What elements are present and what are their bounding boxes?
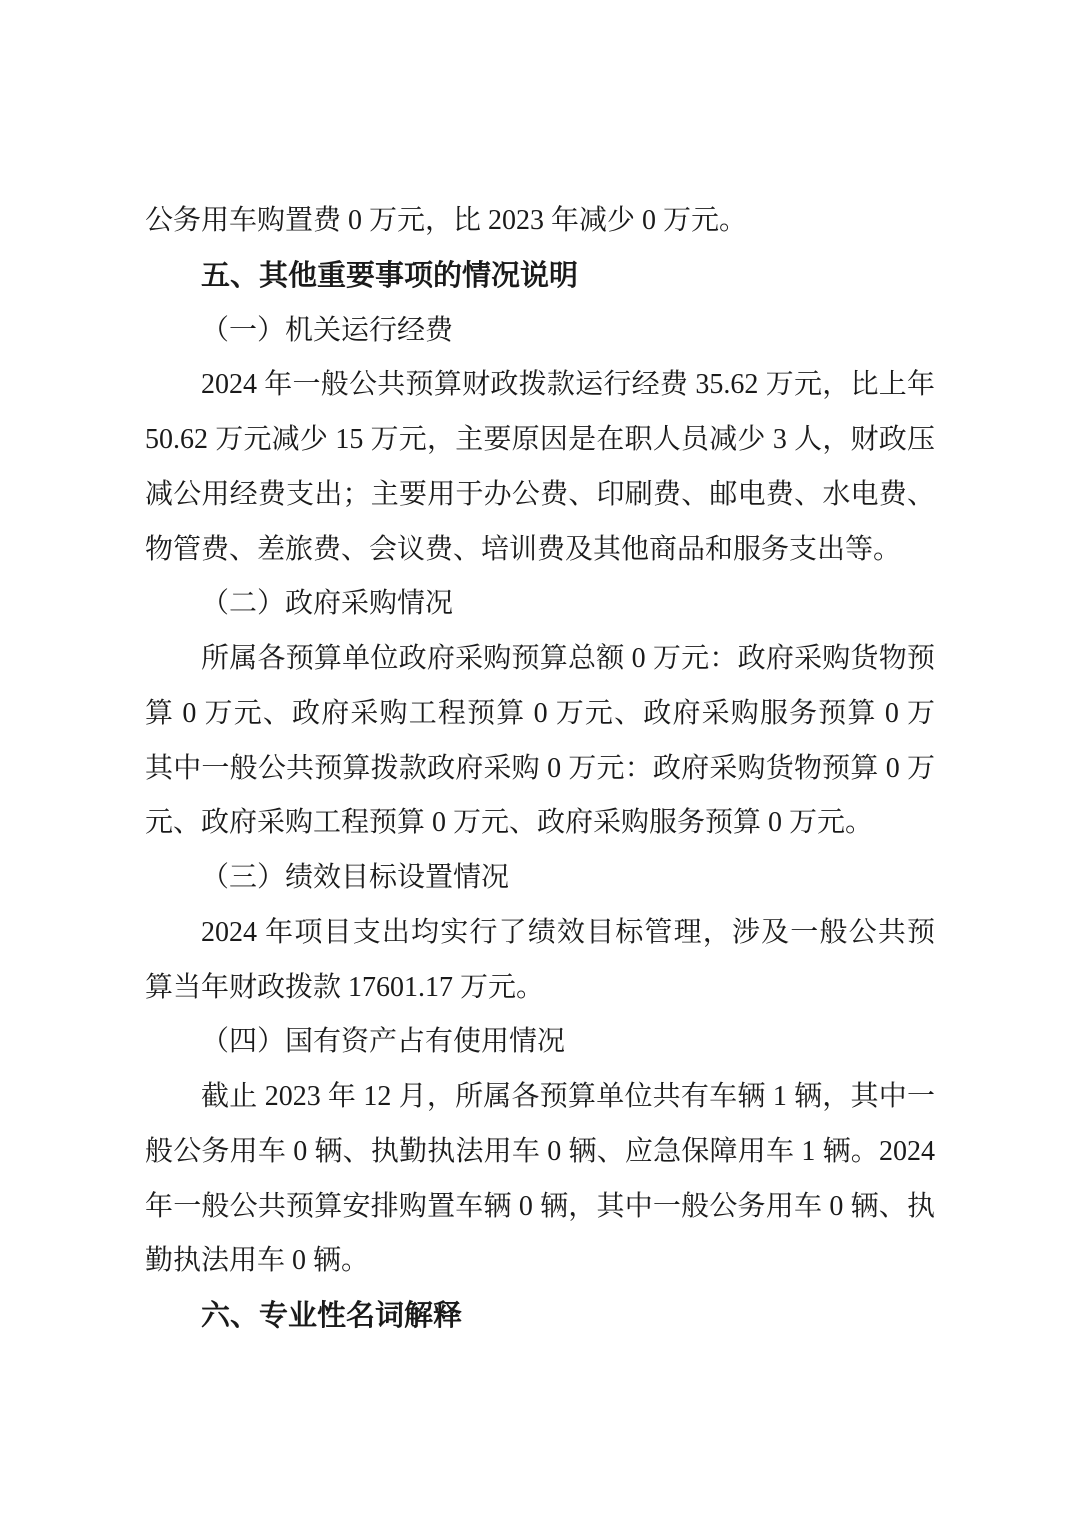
- body-line: 元、政府采购工程预算 0 万元、政府采购服务预算 0 万元。: [145, 796, 935, 851]
- body-line: 公务用车购置费 0 万元，比 2023 年减少 0 万元。: [145, 194, 935, 249]
- body-line: 减公用经费支出；主要用于办公费、印刷费、邮电费、水电费、: [145, 468, 935, 523]
- body-line: 50.62 万元减少 15 万元，主要原因是在职人员减少 3 人，财政压: [145, 413, 935, 468]
- subsection-heading-4: （四）国有资产占有使用情况: [145, 1015, 935, 1070]
- body-line: 算当年财政拨款 17601.17 万元。: [145, 961, 935, 1016]
- document-page: 公务用车购置费 0 万元，比 2023 年减少 0 万元。 五、其他重要事项的情…: [0, 0, 1074, 1520]
- body-line: 年一般公共预算安排购置车辆 0 辆，其中一般公务用车 0 辆、执: [145, 1180, 935, 1235]
- subsection-heading-2: （二）政府采购情况: [145, 577, 935, 632]
- body-line: 其中一般公共预算拨款政府采购 0 万元：政府采购货物预算 0 万: [145, 742, 935, 797]
- document-text-block: 公务用车购置费 0 万元，比 2023 年减少 0 万元。 五、其他重要事项的情…: [145, 194, 935, 1344]
- section-heading-6: 六、专业性名词解释: [145, 1289, 935, 1344]
- body-line: 物管费、差旅费、会议费、培训费及其他商品和服务支出等。: [145, 523, 935, 578]
- body-line: 2024 年一般公共预算财政拨款运行经费 35.62 万元，比上年: [145, 358, 935, 413]
- body-line: 2024 年项目支出均实行了绩效目标管理，涉及一般公共预: [145, 906, 935, 961]
- body-line: 截止 2023 年 12 月，所属各预算单位共有车辆 1 辆，其中一: [145, 1070, 935, 1125]
- subsection-heading-1: （一）机关运行经费: [145, 304, 935, 359]
- body-line: 算 0 万元、政府采购工程预算 0 万元、政府采购服务预算 0 万元；: [145, 687, 935, 742]
- body-line: 勤执法用车 0 辆。: [145, 1234, 935, 1289]
- subsection-heading-3: （三）绩效目标设置情况: [145, 851, 935, 906]
- body-line: 般公务用车 0 辆、执勤执法用车 0 辆、应急保障用车 1 辆。2024: [145, 1125, 935, 1180]
- section-heading-5: 五、其他重要事项的情况说明: [145, 249, 935, 304]
- body-line: 所属各预算单位政府采购预算总额 0 万元：政府采购货物预: [145, 632, 935, 687]
